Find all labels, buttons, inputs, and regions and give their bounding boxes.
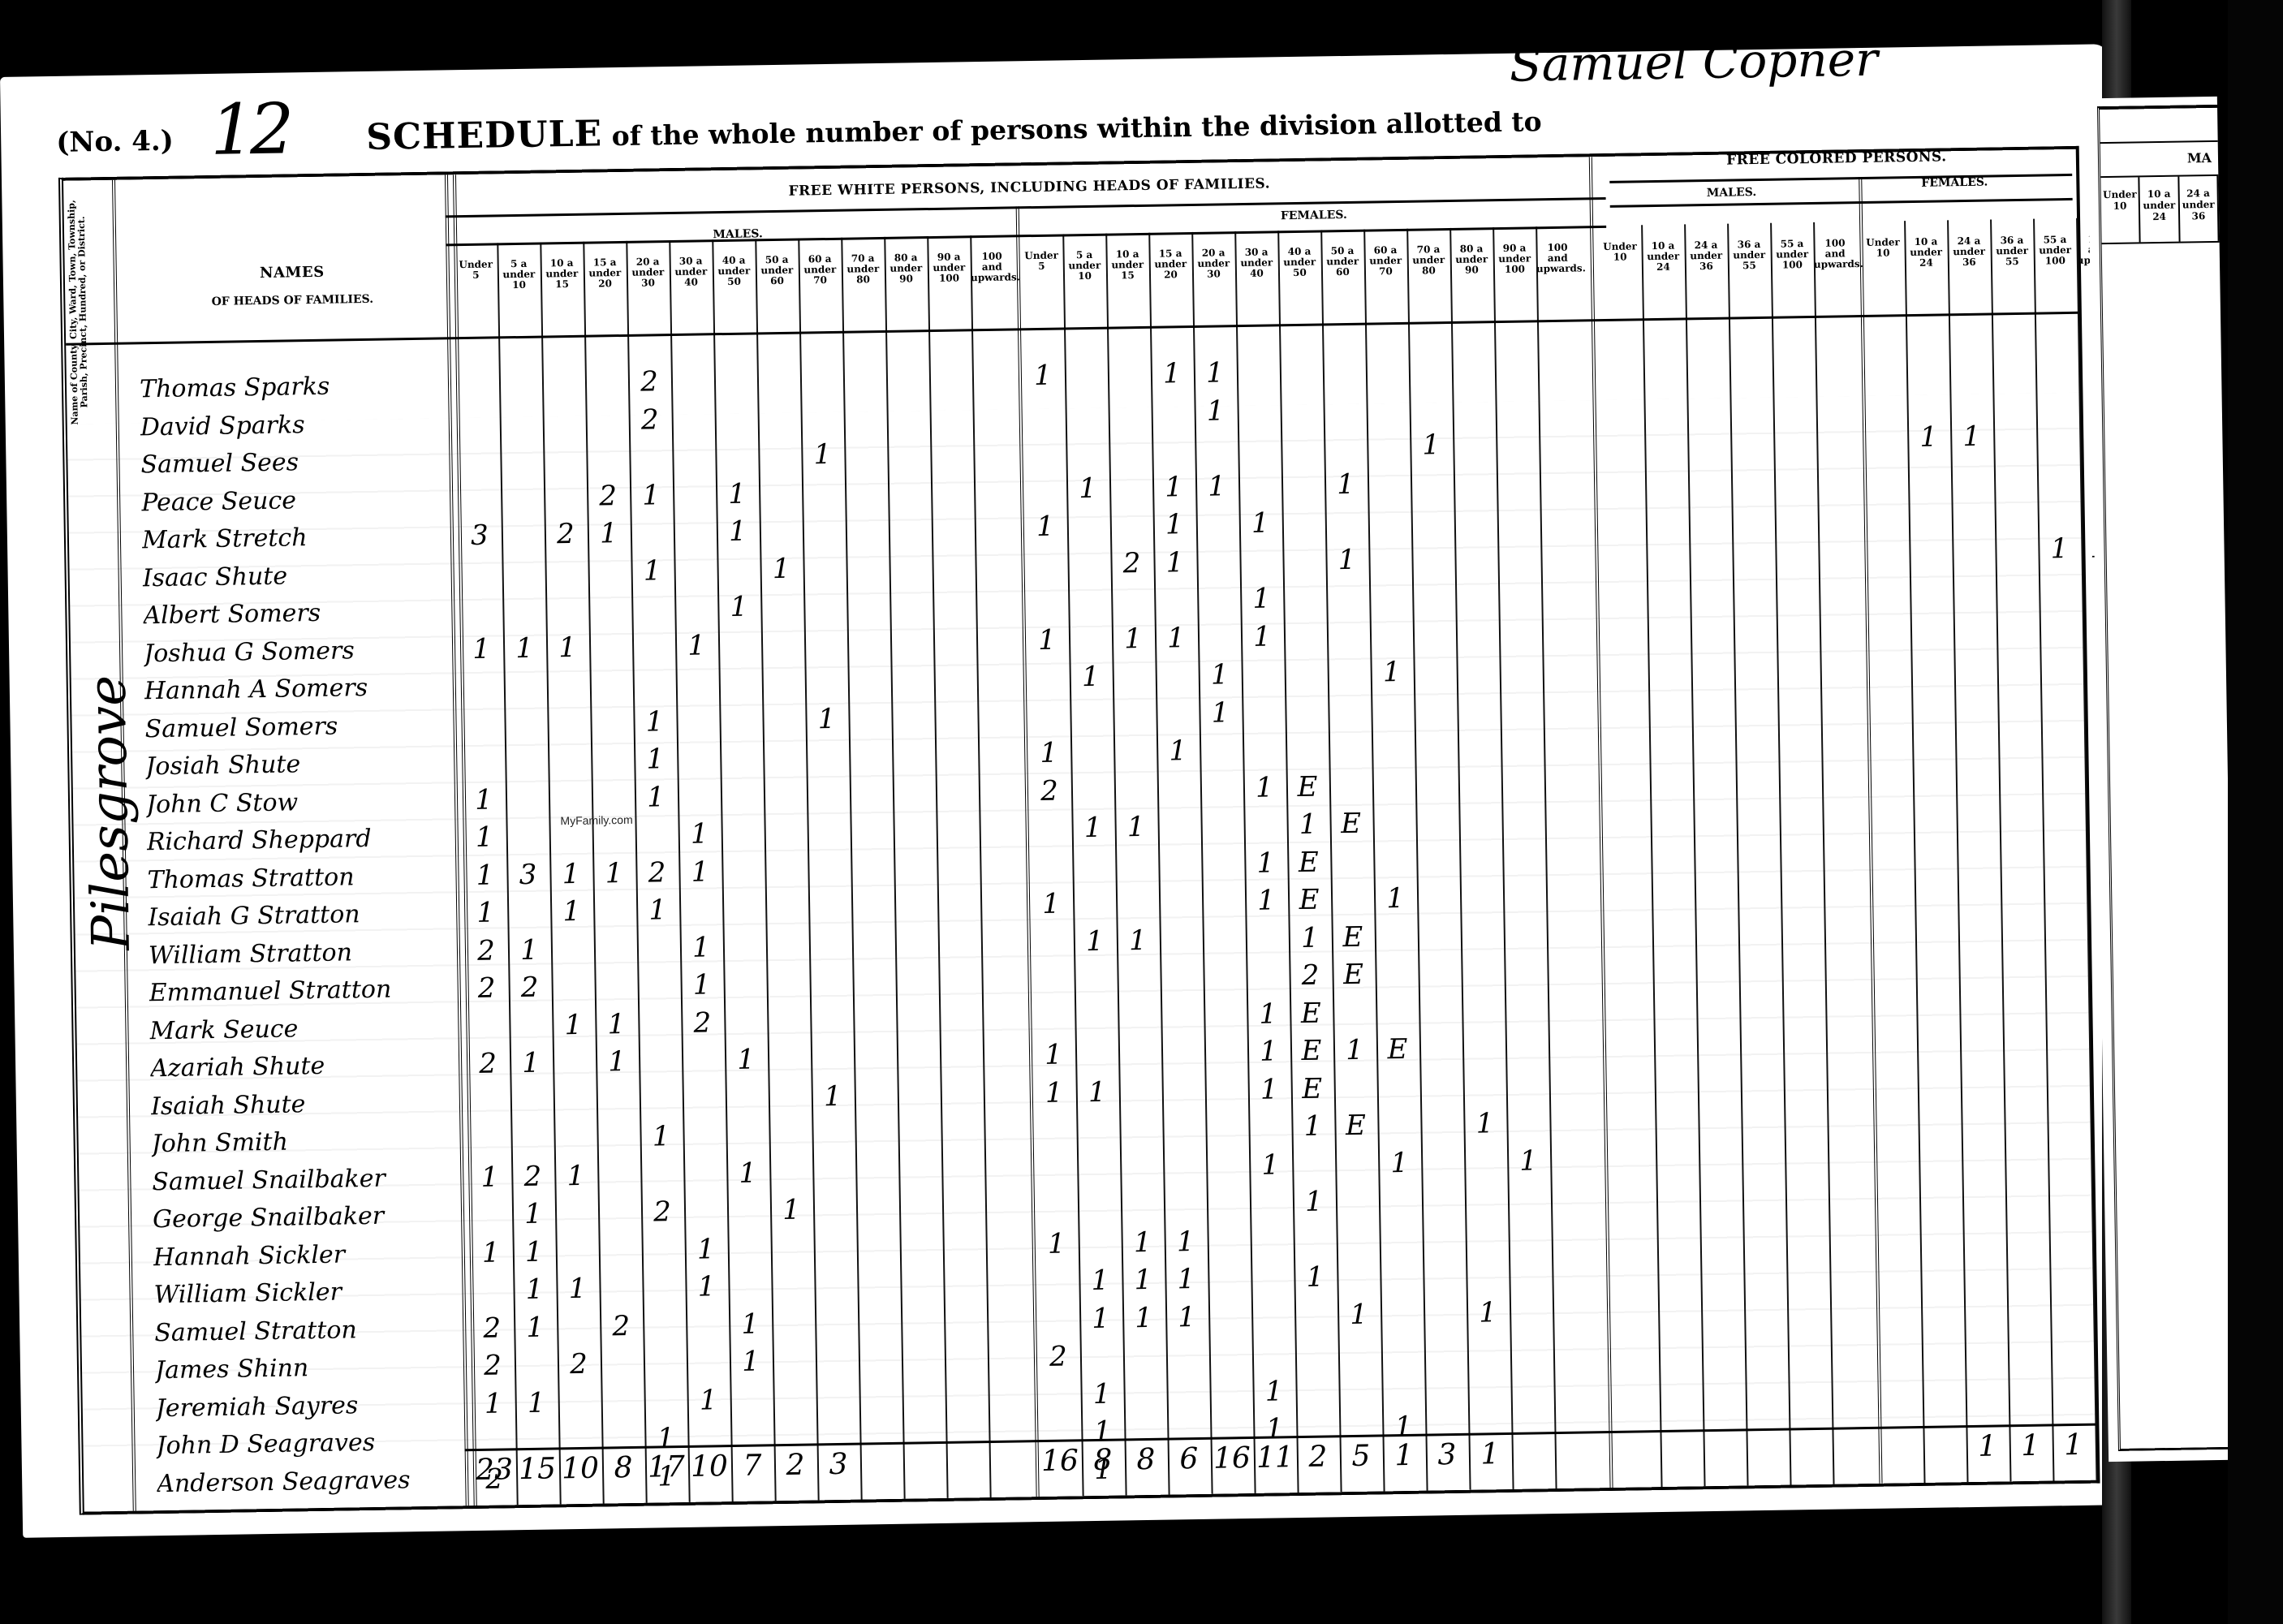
tally-mark: 1: [1073, 812, 1113, 845]
head-of-family-name: Richard Sheppard: [147, 823, 456, 856]
column-total: 1: [1966, 1429, 2009, 1463]
tally-mark: 1: [1335, 1034, 1375, 1067]
tally-mark: 1: [1114, 622, 1153, 655]
white-female-age-header: 10 a under 15: [1106, 249, 1150, 282]
column-total: 3: [817, 1448, 860, 1482]
tally-mark: 1: [761, 552, 801, 585]
tally-mark: 1: [687, 1270, 726, 1303]
schedule-title-big: SCHEDULE: [366, 113, 603, 158]
tally-mark: 1: [2040, 532, 2079, 565]
tally-mark: 1: [515, 1311, 555, 1344]
tally-mark: E: [1289, 846, 1329, 879]
tally-mark: 2: [1112, 546, 1152, 579]
tally-mark: 1: [718, 515, 758, 548]
tally-mark: 1: [511, 1047, 551, 1080]
census-page: (No. 4.) 12 SCHEDULE of the whole number…: [0, 44, 2131, 1538]
column-total: 8: [602, 1451, 645, 1485]
tally-mark: 1: [1123, 1264, 1163, 1297]
tally-mark: E: [1336, 1109, 1376, 1143]
tally-mark: 1: [728, 1157, 768, 1190]
column-total: 3: [1426, 1438, 1469, 1472]
tally-mark: 1: [1118, 924, 1158, 957]
tally-mark: E: [1291, 997, 1331, 1030]
head-of-family-name: Azariah Shute: [150, 1049, 459, 1083]
page-number: 12: [209, 88, 290, 171]
tally-mark: 1: [680, 855, 720, 889]
next-page-col: 24 a under 36: [2179, 176, 2220, 242]
column-total: 5: [1340, 1439, 1383, 1473]
tally-mark: 1: [516, 1386, 556, 1419]
white-females-header: FEMALES.: [1022, 205, 1606, 226]
head-of-family-name: Isaiah Shute: [151, 1088, 460, 1121]
tally-mark: 1: [1245, 771, 1285, 804]
tally-mark: 3: [460, 519, 500, 552]
column-total: 10: [688, 1450, 731, 1484]
head-of-family-name: William Stratton: [149, 937, 458, 970]
white-male-age-header: 50 a under 60: [756, 255, 799, 287]
tally-mark: 1: [679, 817, 719, 851]
head-of-family-name: Mark Seuce: [149, 1012, 459, 1045]
white-female-age-header: Under 5: [1020, 250, 1063, 272]
next-page-col: Under 10: [2100, 177, 2141, 243]
tally-mark: 1: [730, 1307, 770, 1341]
township-label: Pilesgrove: [78, 674, 142, 950]
tally-mark: 1: [1167, 1300, 1207, 1333]
next-page-edge: MA Under 10 10 a under 24 24 a under 36: [2087, 97, 2238, 1462]
tally-mark: 1: [803, 438, 842, 472]
column-total: 2: [774, 1448, 817, 1482]
head-of-family-name: Peace Seuce: [141, 484, 450, 517]
colored-female-age-header: 10 a under 24: [1904, 236, 1948, 269]
tally-mark: 1: [1248, 997, 1288, 1031]
census-table: Name of County, City, Ward, Town, Townsh…: [58, 146, 2100, 1515]
column-total: 10: [559, 1452, 602, 1486]
colored-male-age-header: 10 a under 24: [1641, 240, 1685, 273]
head-of-family-name: Emmanuel Stratton: [149, 974, 458, 1007]
tally-mark: 1: [641, 1120, 681, 1153]
tally-mark: 2: [468, 1047, 508, 1080]
tally-mark: 1: [589, 517, 629, 550]
tally-mark: 1: [1070, 661, 1110, 694]
tally-mark: 1: [515, 1273, 554, 1306]
tally-mark: 1: [1077, 1075, 1117, 1109]
row-rule: [66, 312, 2078, 346]
white-female-age-header: 90 a under 100: [1493, 243, 1536, 275]
white-female-age-header: 80 a under 90: [1449, 243, 1493, 276]
head-of-family-name: Albert Somers: [143, 597, 452, 630]
tally-mark: 1: [635, 743, 675, 776]
tally-mark: 1: [1465, 1107, 1505, 1140]
head-of-family-name: David Sparks: [140, 408, 450, 442]
white-male-age-header: 5 a under 10: [498, 259, 541, 291]
tally-mark: 1: [1157, 621, 1196, 654]
tally-mark: 2: [630, 403, 670, 437]
white-female-age-header: 60 a under 70: [1363, 245, 1407, 278]
head-of-family-name: John Smith: [151, 1125, 460, 1158]
white-male-age-header: 15 a under 20: [584, 257, 627, 290]
tally-mark: 1: [1152, 357, 1192, 390]
tally-mark: 1: [465, 859, 505, 892]
column-total: 15: [516, 1452, 559, 1486]
tally-mark: 1: [597, 1007, 636, 1040]
colored-female-age-header: Under 10: [1861, 237, 1904, 259]
tally-mark: 1: [472, 1236, 511, 1269]
tally-mark: 1: [1026, 510, 1066, 543]
tally-mark: 1: [1082, 1377, 1122, 1411]
head-of-family-name: John C Stow: [146, 786, 455, 819]
colored-male-age-header: Under 10: [1598, 241, 1641, 263]
tally-mark: 1: [1295, 1260, 1335, 1294]
tally-mark: 1: [731, 1345, 771, 1378]
tally-mark: 2: [513, 1160, 553, 1193]
tally-mark: 1: [632, 554, 672, 588]
tally-mark: 1: [594, 856, 634, 890]
colored-female-age-header: 24 a under 36: [1947, 236, 1991, 269]
colored-male-age-header: 36 a under 55: [1727, 239, 1771, 272]
tally-mark: 1: [1124, 1301, 1164, 1334]
tally-mark: 2: [643, 1195, 683, 1229]
tally-mark: 1: [1509, 1144, 1549, 1178]
scan-border-right: [2228, 0, 2283, 1624]
colored-males-header: MALES.: [1609, 185, 1853, 201]
tally-mark: E: [1288, 770, 1328, 803]
tally-mark: 3: [508, 858, 548, 891]
schedule-title: SCHEDULE of the whole number of persons …: [366, 98, 1542, 158]
schedule-title-rest: of the whole number of persons within th…: [611, 106, 1542, 152]
tally-mark: 1: [1339, 1298, 1379, 1331]
tally-mark: 1: [807, 702, 846, 735]
tally-mark: 1: [1246, 846, 1286, 880]
tally-mark: 2: [472, 1312, 512, 1345]
head-of-family-name: Hannah Sickler: [153, 1238, 463, 1272]
tally-mark: 1: [1326, 467, 1366, 501]
head-of-family-name: Thomas Sparks: [140, 370, 449, 403]
tally-mark: 1: [1195, 394, 1235, 428]
tally-mark: 1: [1251, 1148, 1290, 1182]
tally-mark: 1: [552, 895, 592, 928]
names-subheader: OF HEADS OF FAMILIES.: [138, 292, 446, 309]
head-of-family-name: Samuel Snailbaker: [152, 1163, 461, 1196]
white-male-age-header: 30 a under 40: [670, 256, 713, 288]
tally-mark: 1: [1200, 696, 1240, 730]
white-male-age-header: 80 a under 90: [885, 252, 928, 285]
tally-mark: 1: [1036, 1227, 1076, 1260]
myfamily-watermark: MyFamily.com: [560, 813, 632, 827]
tally-mark: 1: [1293, 1109, 1333, 1143]
head-of-family-name: Samuel Stratton: [154, 1314, 463, 1347]
tally-mark: 1: [1122, 1226, 1162, 1259]
tally-mark: 1: [1468, 1296, 1508, 1329]
tally-mark: 1: [505, 631, 545, 665]
column-total: 1: [2052, 1428, 2095, 1462]
colored-male-age-header: 24 a under 36: [1684, 240, 1728, 273]
tally-mark: 2: [683, 1006, 722, 1040]
head-of-family-name: John D Seagraves: [156, 1427, 465, 1460]
tally-mark: 1: [514, 1197, 554, 1230]
column-total: 7: [731, 1449, 774, 1483]
tally-mark: 1: [548, 631, 588, 664]
tally-mark: 2: [637, 856, 677, 890]
white-male-age-header: 70 a under 80: [842, 253, 885, 286]
tally-mark: 1: [1200, 658, 1239, 691]
tally-mark: 1: [554, 1008, 593, 1041]
next-page-columns: Under 10 10 a under 24 24 a under 36: [2100, 176, 2219, 244]
tally-mark: 1: [1195, 356, 1235, 390]
head-of-family-name: Anderson Seagraves: [157, 1465, 466, 1498]
tally-mark: 2: [1030, 774, 1070, 808]
tally-mark: 1: [1158, 734, 1198, 768]
tally-mark: 1: [1952, 420, 1992, 454]
column-total: 1: [1383, 1439, 1426, 1473]
next-page-col: 10 a under 24: [2140, 177, 2181, 243]
tally-mark: E: [1333, 958, 1373, 992]
tally-mark: 2: [630, 365, 670, 398]
free-white-header: FREE WHITE PERSONS, INCLUDING HEADS OF F…: [453, 173, 1605, 203]
tally-mark: 1: [1241, 506, 1281, 540]
tally-mark: 1: [1249, 1073, 1289, 1106]
tally-mark: 2: [467, 971, 506, 1005]
tally-mark: 1: [1034, 1038, 1074, 1071]
tally-mark: 1: [464, 821, 504, 854]
tally-mark: 1: [719, 590, 759, 623]
tally-mark: 1: [1166, 1263, 1206, 1296]
column-total: 8: [1082, 1443, 1125, 1477]
head-of-family-name: Mark Stretch: [142, 521, 451, 554]
tally-mark: 1: [1243, 620, 1282, 653]
tally-mark: 1: [638, 894, 678, 927]
tally-mark: E: [1333, 920, 1373, 954]
tally-mark: 1: [1254, 1375, 1294, 1408]
tally-mark: 1: [682, 931, 722, 964]
column-total: 17: [645, 1450, 688, 1484]
tally-mark: 2: [510, 971, 549, 1005]
tally-mark: 1: [726, 1043, 766, 1076]
free-colored-header: FREE COLORED PERSONS.: [1609, 149, 2064, 169]
tally-mark: 1: [597, 1045, 637, 1079]
tally-mark: 1: [717, 477, 757, 510]
column-total: 8: [1125, 1443, 1168, 1477]
tally-mark: 1: [1080, 1264, 1120, 1298]
enumerator-signature: Samuel Copner: [1509, 32, 1878, 93]
colored-male-age-header: 100 and upwards.: [1813, 238, 1857, 270]
tally-mark: 1: [1075, 924, 1115, 958]
tally-mark: 1: [473, 1387, 513, 1420]
tally-mark: 1: [631, 479, 671, 512]
tally-mark: E: [1378, 1033, 1418, 1066]
tally-mark: 1: [1247, 884, 1286, 917]
white-female-age-header: 30 a under 40: [1234, 247, 1278, 279]
column-total: 23: [473, 1453, 516, 1487]
white-male-age-header: 90 a under 100: [928, 252, 971, 284]
head-of-family-name: Josiah Shute: [145, 747, 454, 781]
column-total: 1: [1469, 1437, 1512, 1471]
head-of-family-name: Samuel Sees: [140, 446, 450, 479]
tally-mark: 1: [510, 933, 549, 967]
head-of-family-name: Isaac Shute: [142, 559, 451, 592]
head-of-family-name: Thomas Stratton: [147, 861, 456, 894]
white-male-age-header: 10 a under 15: [541, 258, 584, 291]
colored-female-age-header: 36 a under 55: [1990, 235, 2034, 268]
tally-mark: 1: [1155, 545, 1195, 579]
tally-mark: 1: [1032, 887, 1071, 920]
head-of-family-name: William Sickler: [153, 1276, 463, 1309]
tally-mark: 1: [686, 1233, 726, 1266]
tally-mark: 1: [1116, 811, 1156, 844]
tally-mark: 1: [1249, 1035, 1289, 1068]
tally-mark: 2: [467, 934, 506, 967]
tally-mark: 1: [515, 1235, 554, 1269]
tally-mark: 1: [636, 781, 676, 814]
white-male-age-header: 100 and upwards.: [971, 251, 1014, 283]
white-male-age-header: 40 a under 50: [713, 255, 756, 287]
column-total: 6: [1168, 1442, 1211, 1476]
white-female-age-header: 20 a under 30: [1191, 248, 1235, 280]
tally-mark: 1: [1327, 543, 1367, 576]
tally-mark: 2: [473, 1349, 513, 1382]
head-of-family-name: Joshua G Somers: [144, 635, 453, 668]
column-total: 1: [2009, 1429, 2052, 1463]
tally-mark: 2: [1039, 1340, 1079, 1373]
column-total: 11: [1254, 1441, 1297, 1475]
tally-mark: 1: [1154, 470, 1194, 503]
column-total: 16: [1039, 1444, 1082, 1478]
tally-mark: 1: [464, 783, 504, 816]
tally-mark: 1: [1081, 1302, 1121, 1335]
tally-mark: 1: [556, 1159, 596, 1192]
head-of-family-name: Hannah A Somers: [144, 672, 454, 705]
tally-mark: 1: [1372, 656, 1411, 689]
tally-mark: 1: [1288, 808, 1328, 841]
tally-mark: 1: [1909, 420, 1949, 454]
next-page-table: MA Under 10 10 a under 24 24 a under 36: [2097, 105, 2238, 1451]
next-page-males-header: MA: [2100, 140, 2219, 178]
tally-mark: 1: [1035, 1076, 1075, 1109]
white-male-age-header: 60 a under 70: [799, 254, 842, 286]
white-female-age-header: 100 and upwards.: [1536, 242, 1579, 274]
white-female-age-header: 50 a under 60: [1320, 246, 1364, 278]
head-of-family-name: Samuel Somers: [144, 710, 454, 743]
tally-mark: 1: [1294, 1185, 1334, 1218]
tally-mark: 2: [601, 1309, 641, 1342]
white-male-age-header: 20 a under 30: [627, 256, 670, 289]
column-total: 16: [1211, 1441, 1254, 1475]
tally-mark: 1: [677, 629, 717, 662]
colored-female-age-header: 55 a under 100: [2033, 235, 2077, 267]
white-female-age-header: 15 a under 20: [1149, 248, 1193, 281]
white-female-age-header: 40 a under 50: [1277, 246, 1321, 278]
tally-mark: 1: [1029, 736, 1069, 769]
tally-mark: 1: [1411, 429, 1451, 462]
tally-mark: 1: [1290, 921, 1330, 954]
tally-mark: 1: [682, 968, 722, 1002]
head-of-family-name: George Snailbaker: [153, 1200, 462, 1234]
tally-mark: 1: [1155, 508, 1195, 541]
head-of-family-name: Jeremiah Sayres: [156, 1389, 465, 1423]
tally-mark: 1: [813, 1079, 853, 1113]
tally-mark: 1: [466, 896, 506, 929]
tally-mark: 2: [1290, 958, 1330, 992]
tally-mark: 2: [546, 518, 586, 551]
tally-mark: 1: [462, 632, 502, 666]
white-female-age-header: 70 a under 80: [1406, 244, 1450, 277]
tally-mark: 1: [1023, 359, 1063, 392]
form-number: (No. 4.): [56, 125, 174, 159]
tally-mark: 1: [558, 1273, 597, 1306]
tally-mark: 1: [1027, 623, 1067, 657]
tally-mark: 1: [772, 1193, 812, 1226]
tally-mark: 1: [1165, 1225, 1205, 1258]
tally-mark: 1: [1242, 582, 1281, 615]
tally-mark: 1: [635, 705, 674, 739]
head-of-family-name: James Shinn: [155, 1351, 464, 1385]
tally-mark: E: [1290, 883, 1329, 916]
head-of-family-name: Isaiah G Stratton: [148, 898, 457, 932]
tally-mark: 1: [470, 1161, 510, 1194]
white-female-age-header: 5 a under 10: [1063, 250, 1107, 282]
county-column-header: Name of County, City, Ward, Town, Townsh…: [67, 190, 110, 434]
tally-mark: 2: [588, 479, 628, 512]
column-total: 2: [1297, 1440, 1340, 1474]
tally-mark: 1: [688, 1384, 728, 1417]
white-male-age-header: Under 5: [454, 259, 498, 281]
tally-mark: 2: [559, 1348, 599, 1381]
tally-mark: 1: [551, 857, 591, 890]
tally-mark: 1: [1380, 1146, 1419, 1179]
tally-mark: E: [1331, 808, 1371, 841]
tally-mark: E: [1292, 1034, 1332, 1067]
names-header: NAMES: [138, 264, 446, 281]
tally-mark: 1: [1197, 470, 1237, 503]
tally-mark: 1: [1376, 882, 1415, 915]
tally-mark: 1: [1068, 472, 1108, 505]
colored-male-age-header: 55 a under 100: [1770, 239, 1814, 271]
tally-mark: E: [1292, 1072, 1332, 1105]
